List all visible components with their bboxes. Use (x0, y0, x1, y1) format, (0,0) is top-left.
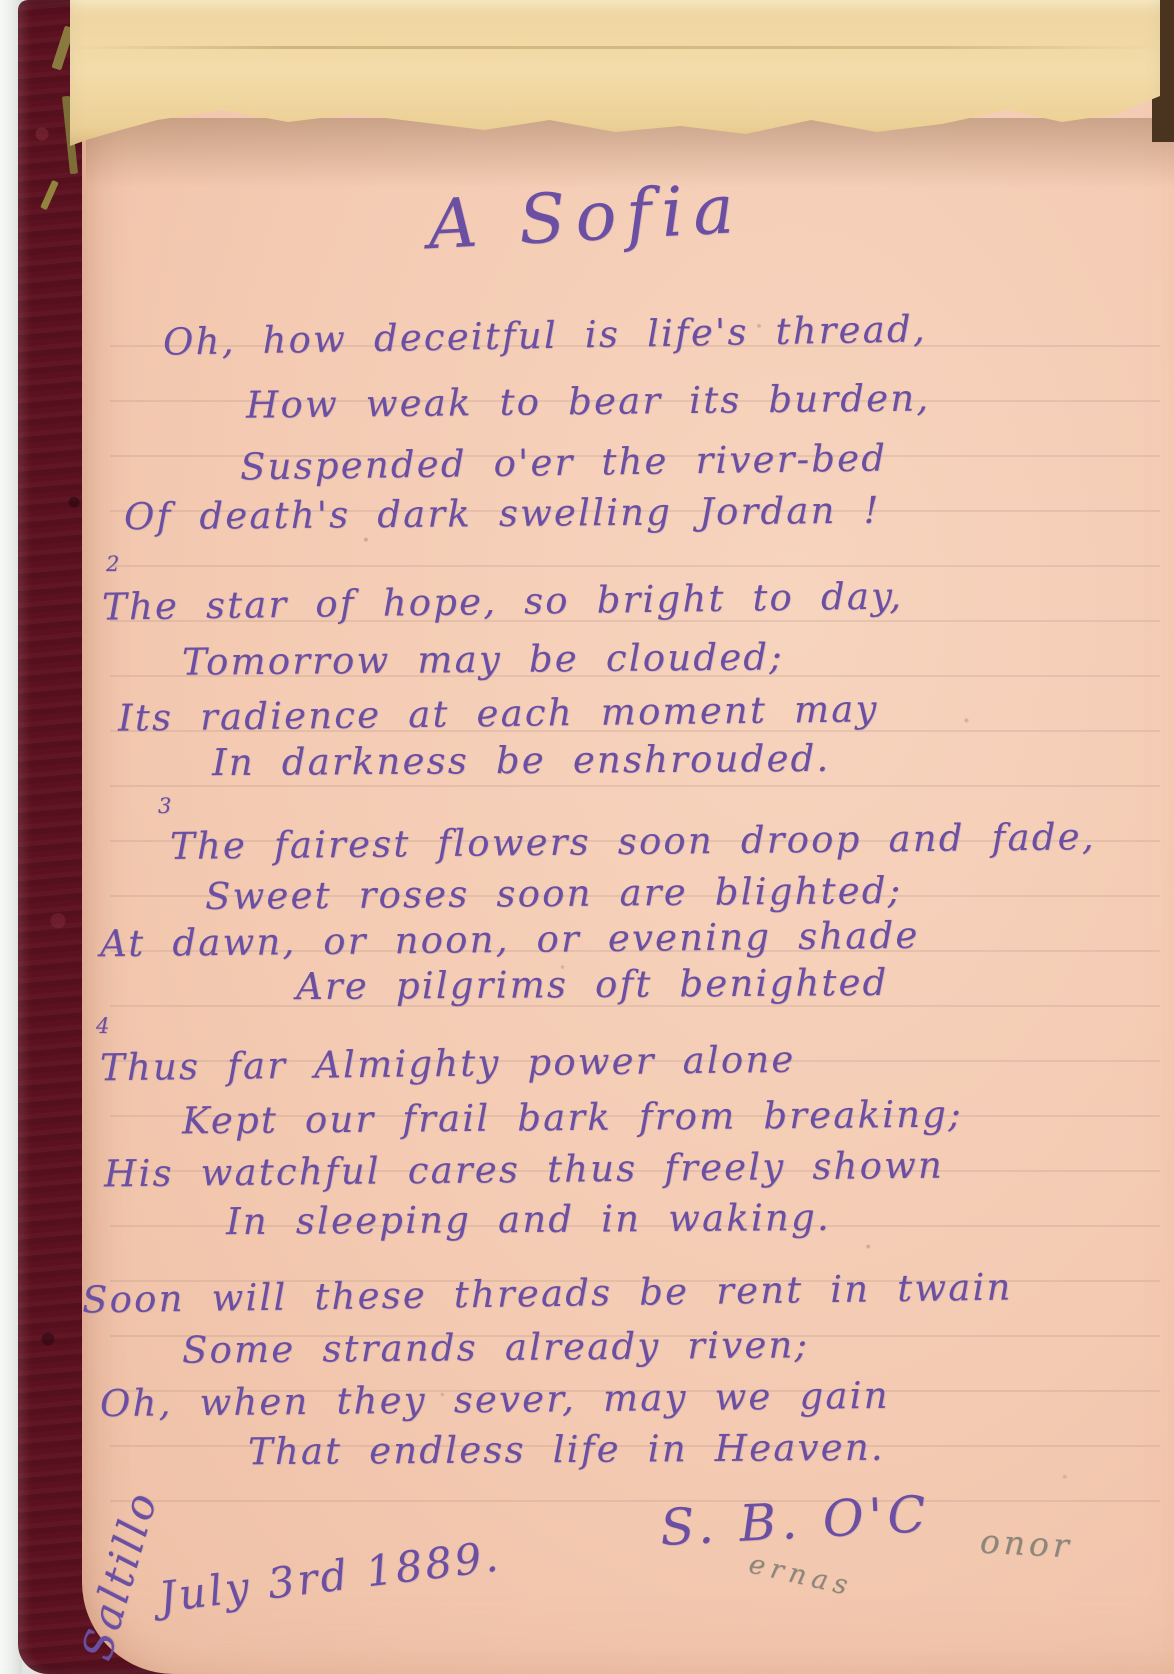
poem-line: Sweet roses soon are blighted; (205, 869, 903, 918)
poem-line: In sleeping and in waking. (226, 1196, 831, 1243)
poem-line: In darkness be enshrouded. (212, 737, 831, 784)
stanza-marker: 2 (106, 552, 119, 576)
poem-line: His watchful cares thus freely shown (104, 1144, 944, 1196)
poem-line: Suspended o'er the river-bed (240, 436, 888, 488)
poem-title: A Sofia (426, 170, 745, 265)
signature-pencil-suffix: onor (979, 1522, 1074, 1566)
poem-line: Of death's dark swelling Jordan ! (124, 489, 881, 539)
poem-line: Thus far Almighty power alone (100, 1038, 796, 1089)
stanza-marker: 3 (158, 794, 171, 818)
poem-line: Are pilgrims oft benighted (296, 961, 889, 1008)
poem-line: Kept our frail bark from breaking; (182, 1093, 963, 1143)
stub-fold-line (70, 46, 1160, 49)
poem-line: Oh, when they sever, may we gain (100, 1374, 890, 1425)
poem-line: Some strands already riven; (182, 1323, 809, 1371)
poem-line: How weak to bear its burden, (246, 376, 931, 426)
stanza-marker: 4 (96, 1014, 109, 1038)
poem-line: At dawn, or noon, or evening shade (100, 914, 920, 966)
poem-line: Tomorrow may be clouded; (182, 635, 784, 683)
poem-line: That endless life in Heaven. (248, 1426, 885, 1473)
